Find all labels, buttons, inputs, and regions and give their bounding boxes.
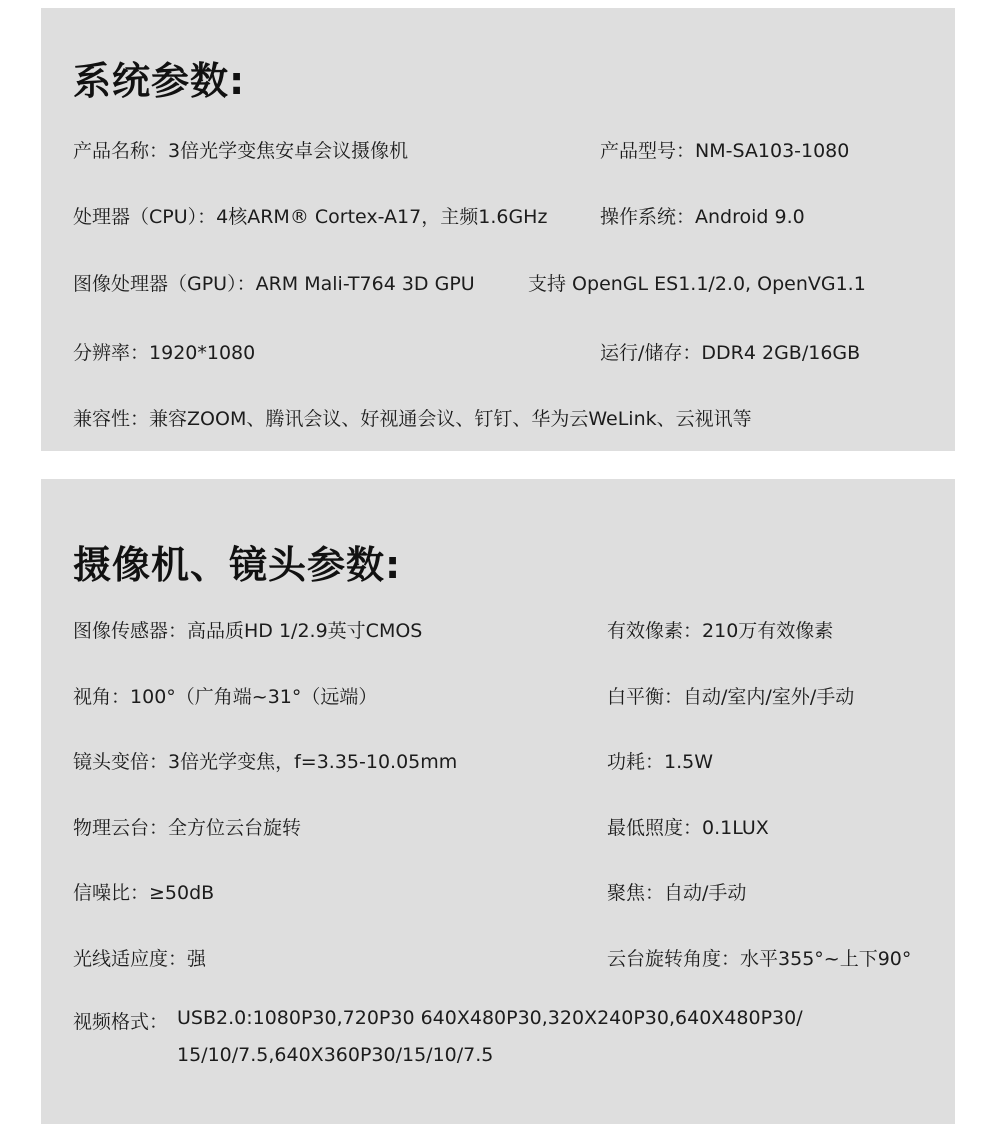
spec-label: 运行/储存： [600, 342, 701, 364]
section-title-system: 系统参数: [73, 50, 245, 105]
spec-value: 全方位云台旋转 [168, 817, 301, 839]
spec-graphics-api: 支持 OpenGL ES1.1/2.0, OpenVG1.1 [528, 269, 866, 296]
spec-power: 功耗：1.5W [607, 747, 713, 774]
spec-value: DDR4 2GB/16GB [701, 342, 860, 364]
spec-value: Android 9.0 [695, 206, 805, 228]
spec-label: 支持 [528, 273, 572, 295]
spec-label: 镜头变倍： [73, 751, 168, 773]
spec-cpu: 处理器（CPU）：4核ARM® Cortex-A17，主频1.6GHz [73, 202, 547, 229]
spec-value: USB2.0:1080P30,720P30 640X480P30,320X240… [177, 1000, 837, 1074]
spec-effective-pixels: 有效像素：210万有效像素 [607, 616, 833, 643]
spec-lens-zoom: 镜头变倍：3倍光学变焦，f=3.35-10.05mm [73, 747, 457, 774]
spec-light-adaptability: 光线适应度：强 [73, 944, 206, 971]
spec-value: 兼容ZOOM、腾讯会议、好视通会议、钉钉、华为云WeLink、云视讯等 [149, 408, 752, 430]
spec-focus: 聚焦：自动/手动 [607, 878, 746, 905]
spec-memory-storage: 运行/储存：DDR4 2GB/16GB [600, 338, 860, 365]
spec-resolution: 分辨率：1920*1080 [73, 338, 255, 365]
spec-label: 兼容性： [73, 408, 149, 430]
section-title-camera: 摄像机、镜头参数: [73, 534, 401, 589]
spec-label: 图像传感器： [73, 620, 187, 642]
spec-snr: 信噪比：≥50dB [73, 878, 214, 905]
spec-image-sensor: 图像传感器：高品质HD 1/2.9英寸CMOS [73, 616, 422, 643]
spec-product-name: 产品名称：3倍光学变焦安卓会议摄像机 [73, 136, 408, 163]
spec-field-of-view: 视角：100°（广角端~31°（远端） [73, 682, 377, 709]
spec-value: 1920*1080 [149, 342, 255, 364]
spec-white-balance: 白平衡：自动/室内/室外/手动 [607, 682, 854, 709]
spec-value: 210万有效像素 [702, 620, 833, 642]
spec-value: 100°（广角端~31°（远端） [130, 686, 377, 708]
spec-label: 视频格式： [73, 1007, 168, 1034]
spec-label: 处理器（CPU）： [73, 206, 216, 228]
spec-value: 1.5W [664, 751, 713, 773]
spec-label: 白平衡： [607, 686, 683, 708]
spec-label: 产品型号： [600, 140, 695, 162]
camera-lens-params-panel: 摄像机、镜头参数: 图像传感器：高品质HD 1/2.9英寸CMOS 有效像素：2… [41, 479, 955, 1124]
spec-label: 聚焦： [607, 882, 664, 904]
spec-value: 0.1LUX [702, 817, 769, 839]
spec-ptz-rotation-angle: 云台旋转角度：水平355°~上下90° [607, 944, 911, 971]
spec-compatibility: 兼容性：兼容ZOOM、腾讯会议、好视通会议、钉钉、华为云WeLink、云视讯等 [73, 404, 752, 431]
spec-label: 图像处理器（GPU）： [73, 273, 256, 295]
spec-gpu: 图像处理器（GPU）：ARM Mali-T764 3D GPU [73, 269, 475, 296]
spec-value: 3倍光学变焦，f=3.35-10.05mm [168, 751, 457, 773]
spec-label: 最低照度： [607, 817, 702, 839]
system-params-panel: 系统参数: 产品名称：3倍光学变焦安卓会议摄像机 产品型号：NM-SA103-1… [41, 8, 955, 451]
spec-value: 自动/室内/室外/手动 [683, 686, 854, 708]
spec-value: 4核ARM® Cortex-A17，主频1.6GHz [216, 206, 547, 228]
spec-value: 高品质HD 1/2.9英寸CMOS [187, 620, 422, 642]
spec-label: 功耗： [607, 751, 664, 773]
spec-label: 视角： [73, 686, 130, 708]
spec-os: 操作系统：Android 9.0 [600, 202, 805, 229]
spec-value: 3倍光学变焦安卓会议摄像机 [168, 140, 408, 162]
spec-label: 分辨率： [73, 342, 149, 364]
spec-label: 产品名称： [73, 140, 168, 162]
spec-label: 操作系统： [600, 206, 695, 228]
spec-value: ARM Mali-T764 3D GPU [256, 273, 475, 295]
spec-value: 自动/手动 [664, 882, 746, 904]
spec-value: 强 [187, 948, 206, 970]
spec-label: 云台旋转角度： [607, 948, 740, 970]
spec-value: OpenGL ES1.1/2.0, OpenVG1.1 [572, 273, 866, 295]
spec-label: 光线适应度： [73, 948, 187, 970]
spec-label: 有效像素： [607, 620, 702, 642]
spec-value: ≥50dB [149, 882, 214, 904]
spec-label: 信噪比： [73, 882, 149, 904]
spec-ptz: 物理云台：全方位云台旋转 [73, 813, 301, 840]
spec-value: NM-SA103-1080 [695, 140, 849, 162]
spec-product-model: 产品型号：NM-SA103-1080 [600, 136, 849, 163]
spec-min-illumination: 最低照度：0.1LUX [607, 813, 769, 840]
spec-value: 水平355°~上下90° [740, 948, 911, 970]
spec-label: 物理云台： [73, 817, 168, 839]
